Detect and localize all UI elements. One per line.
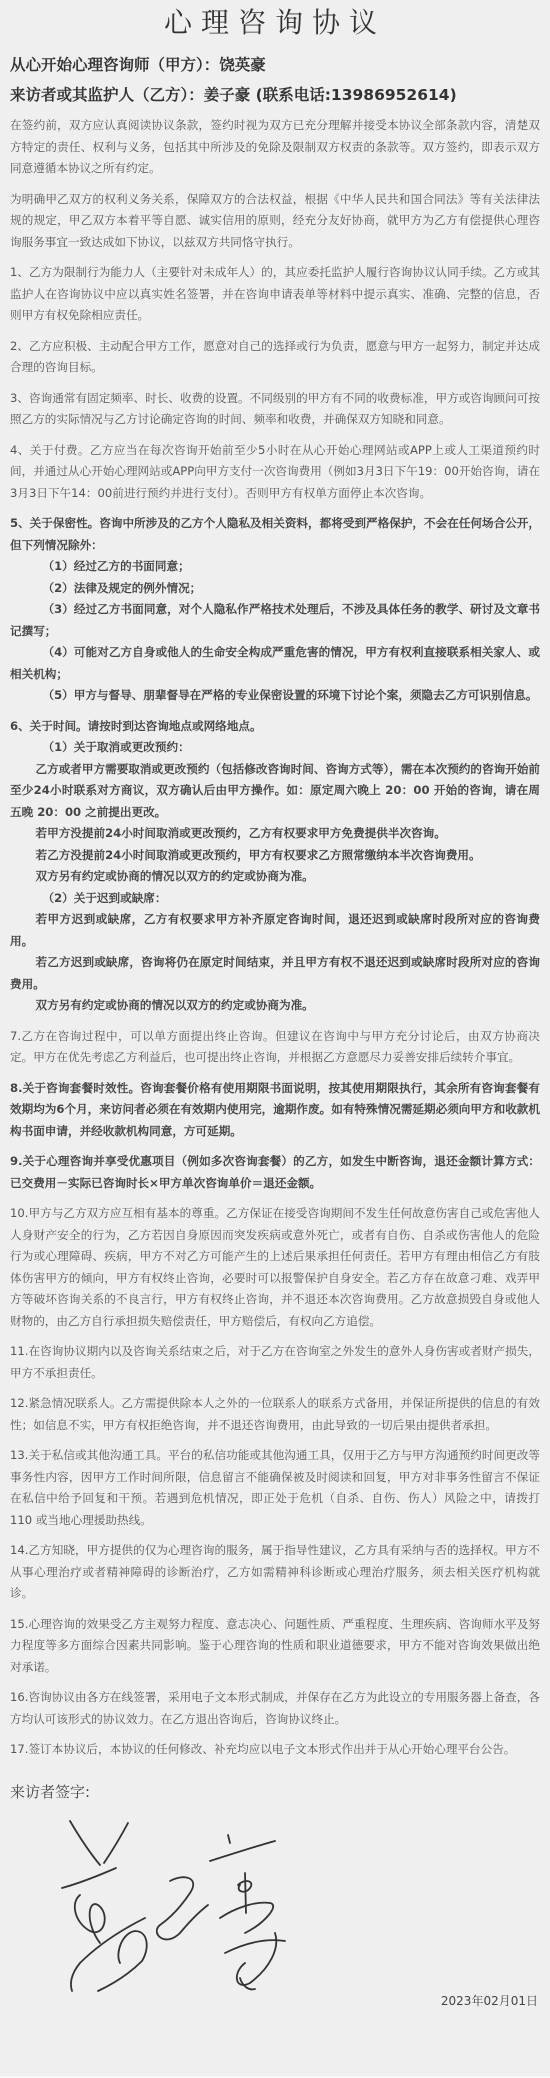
intro-paragraph-1: 在签约前，双方应认真阅读协议条款，签约时视为双方已充分理解并接受本协议全部条款内… xyxy=(10,115,540,180)
clause-6: 6、关于时间。请按时到达咨询地点或网络地点。 （1）关于取消或更改预约： 乙方或… xyxy=(10,716,540,1017)
agreement-document: 心理咨询协议 从心开始心理咨询师（甲方）：饶英豪 来访者或其监护人（乙方）：姜子… xyxy=(0,0,550,1993)
clause-13: 13.关于私信或其他沟通工具。平台的私信功能或其他沟通工具，仅用于乙方与甲方沟通… xyxy=(10,1445,540,1531)
clause-11: 11.在咨询协议期内以及咨询关系结束之后，对于乙方在咨询室之外发生的意外人身伤害… xyxy=(10,1341,540,1384)
clause-5: 5、关于保密性。咨询中所涉及的乙方个人隐私及相关资料，都将受到严格保护，不会在任… xyxy=(10,513,540,707)
clause-6-sub1-line: 若乙方没提前24小时间取消或更改预约，甲方有权要求乙方照常缴纳本半次咨询费用。 xyxy=(10,845,540,867)
clause-16: 16.咨询协议由各方在线签署，采用电子文本形式制成，并保存在乙方为此设立的专用服… xyxy=(10,1687,540,1730)
clause-5-heading: 5、关于保密性。咨询中所涉及的乙方个人隐私及相关资料，都将受到严格保护，不会在任… xyxy=(10,513,540,556)
clause-2: 2、乙方应积极、主动配合甲方工作，愿意对自己的选择或行为负责，愿意与甲方一起努力… xyxy=(10,336,540,379)
document-title: 心理咨询协议 xyxy=(10,0,540,46)
clause-14: 14.乙方知晓，甲方提供的仅为心理咨询的服务，属于指导性建议，乙方具有采纳与否的… xyxy=(10,1540,540,1605)
clause-1: 1、乙方为限制行为能力人（主要针对未成年人）的，其应委托监护人履行咨询协议认同手… xyxy=(10,262,540,327)
signing-date: 2023年02月01日 xyxy=(441,1992,538,2009)
clause-5-item: （4）可能对乙方自身或他人的生命安全构成严重危害的情况，甲方有权利直接联系相关家… xyxy=(10,642,540,685)
clause-8: 8.关于咨询套餐时效性。咨询套餐价格有使用期限书面说明，按其使用期限执行，其余所… xyxy=(10,1078,540,1143)
clause-6-sub1-line: 双方另有约定或协商的情况以双方的约定或协商为准。 xyxy=(10,866,540,888)
signature-label: 来访者签字: xyxy=(10,1781,540,1803)
clause-17: 17.签订本协议后，本协议的任何修改、补充均应以电子文本形式作出并于从心开始心理… xyxy=(10,1739,540,1761)
clause-4: 4、关于付费。乙方应当在每次咨询开始前至少5小时在从心开始心理网站或APP上或人… xyxy=(10,440,540,505)
clause-5-item: （3）经过乙方书面同意，对个人隐私作严格技术处理后，不涉及具体任务的教学、研讨及… xyxy=(10,599,540,642)
clause-12: 12.紧急情况联系人。乙方需提供除本人之外的一位联系人的联系方式备用，并保证所提… xyxy=(10,1393,540,1436)
clause-6-sub2-title: （2）关于迟到或缺席： xyxy=(10,888,540,910)
clause-15: 15.心理咨询的效果受乙方主观努力程度、意志决心、问题性质、严重程度、生理疾病、… xyxy=(10,1614,540,1679)
intro-paragraph-2: 为明确甲乙双方的权利义务关系，保障双方的合法权益，根据《中华人民共和国合同法》等… xyxy=(10,189,540,254)
party-a: 从心开始心理咨询师（甲方）：饶英豪 xyxy=(10,54,540,76)
clause-6-sub2-line: 若乙方迟到或缺席，咨询将仍在原定时间结束，并且甲方有权不退还迟到或缺席时段所对应… xyxy=(10,952,540,995)
party-b: 来访者或其监护人（乙方）：姜子豪 (联系电话:13986952614) xyxy=(10,84,540,106)
clause-6-sub1-line: 乙方或者甲方需要取消或更改预约（包括修改咨询时间、咨询方式等），需在本次预约的咨… xyxy=(10,759,540,824)
clause-6-heading: 6、关于时间。请按时到达咨询地点或网络地点。 xyxy=(10,716,540,738)
clause-5-item: （1）经过乙方的书面同意； xyxy=(10,556,540,578)
clause-5-item: （5）甲方与督导、朋辈督导在严格的专业保密设置的环境下讨论个案，须隐去乙方可识别… xyxy=(10,685,540,707)
clause-6-sub2-line: 双方另有约定或协商的情况以双方的约定或协商为准。 xyxy=(10,995,540,1017)
clause-7: 7.乙方在咨询过程中，可以单方面提出终止咨询。但建议在咨询中与甲方充分讨论后，由… xyxy=(10,1026,540,1069)
clause-5-item: （2）法律及规定的例外情况； xyxy=(10,578,540,600)
clause-6-sub1-line: 若甲方没提前24小时间取消或更改预约，乙方有权要求甲方免费提供半次咨询。 xyxy=(10,823,540,845)
handwritten-signature-icon xyxy=(50,1813,290,1993)
clause-3: 3、咨询通常有固定频率、时长、收费的设置。不同级别的甲方有不同的收费标准，甲方或… xyxy=(10,388,540,431)
clause-10: 10.甲方与乙方双方应互相有基本的尊重。乙方保证在接受咨询期间不发生任何故意伤害… xyxy=(10,1203,540,1332)
clause-6-sub1-title: （1）关于取消或更改预约： xyxy=(10,737,540,759)
clause-6-sub2-line: 若甲方迟到或缺席，乙方有权要求甲方补齐原定咨询时间，退还迟到或缺席时段所对应的咨… xyxy=(10,909,540,952)
clause-9: 9.关于心理咨询并享受优惠项目（例如多次咨询套餐）的乙方，如发生中断咨询，退还金… xyxy=(10,1151,540,1194)
